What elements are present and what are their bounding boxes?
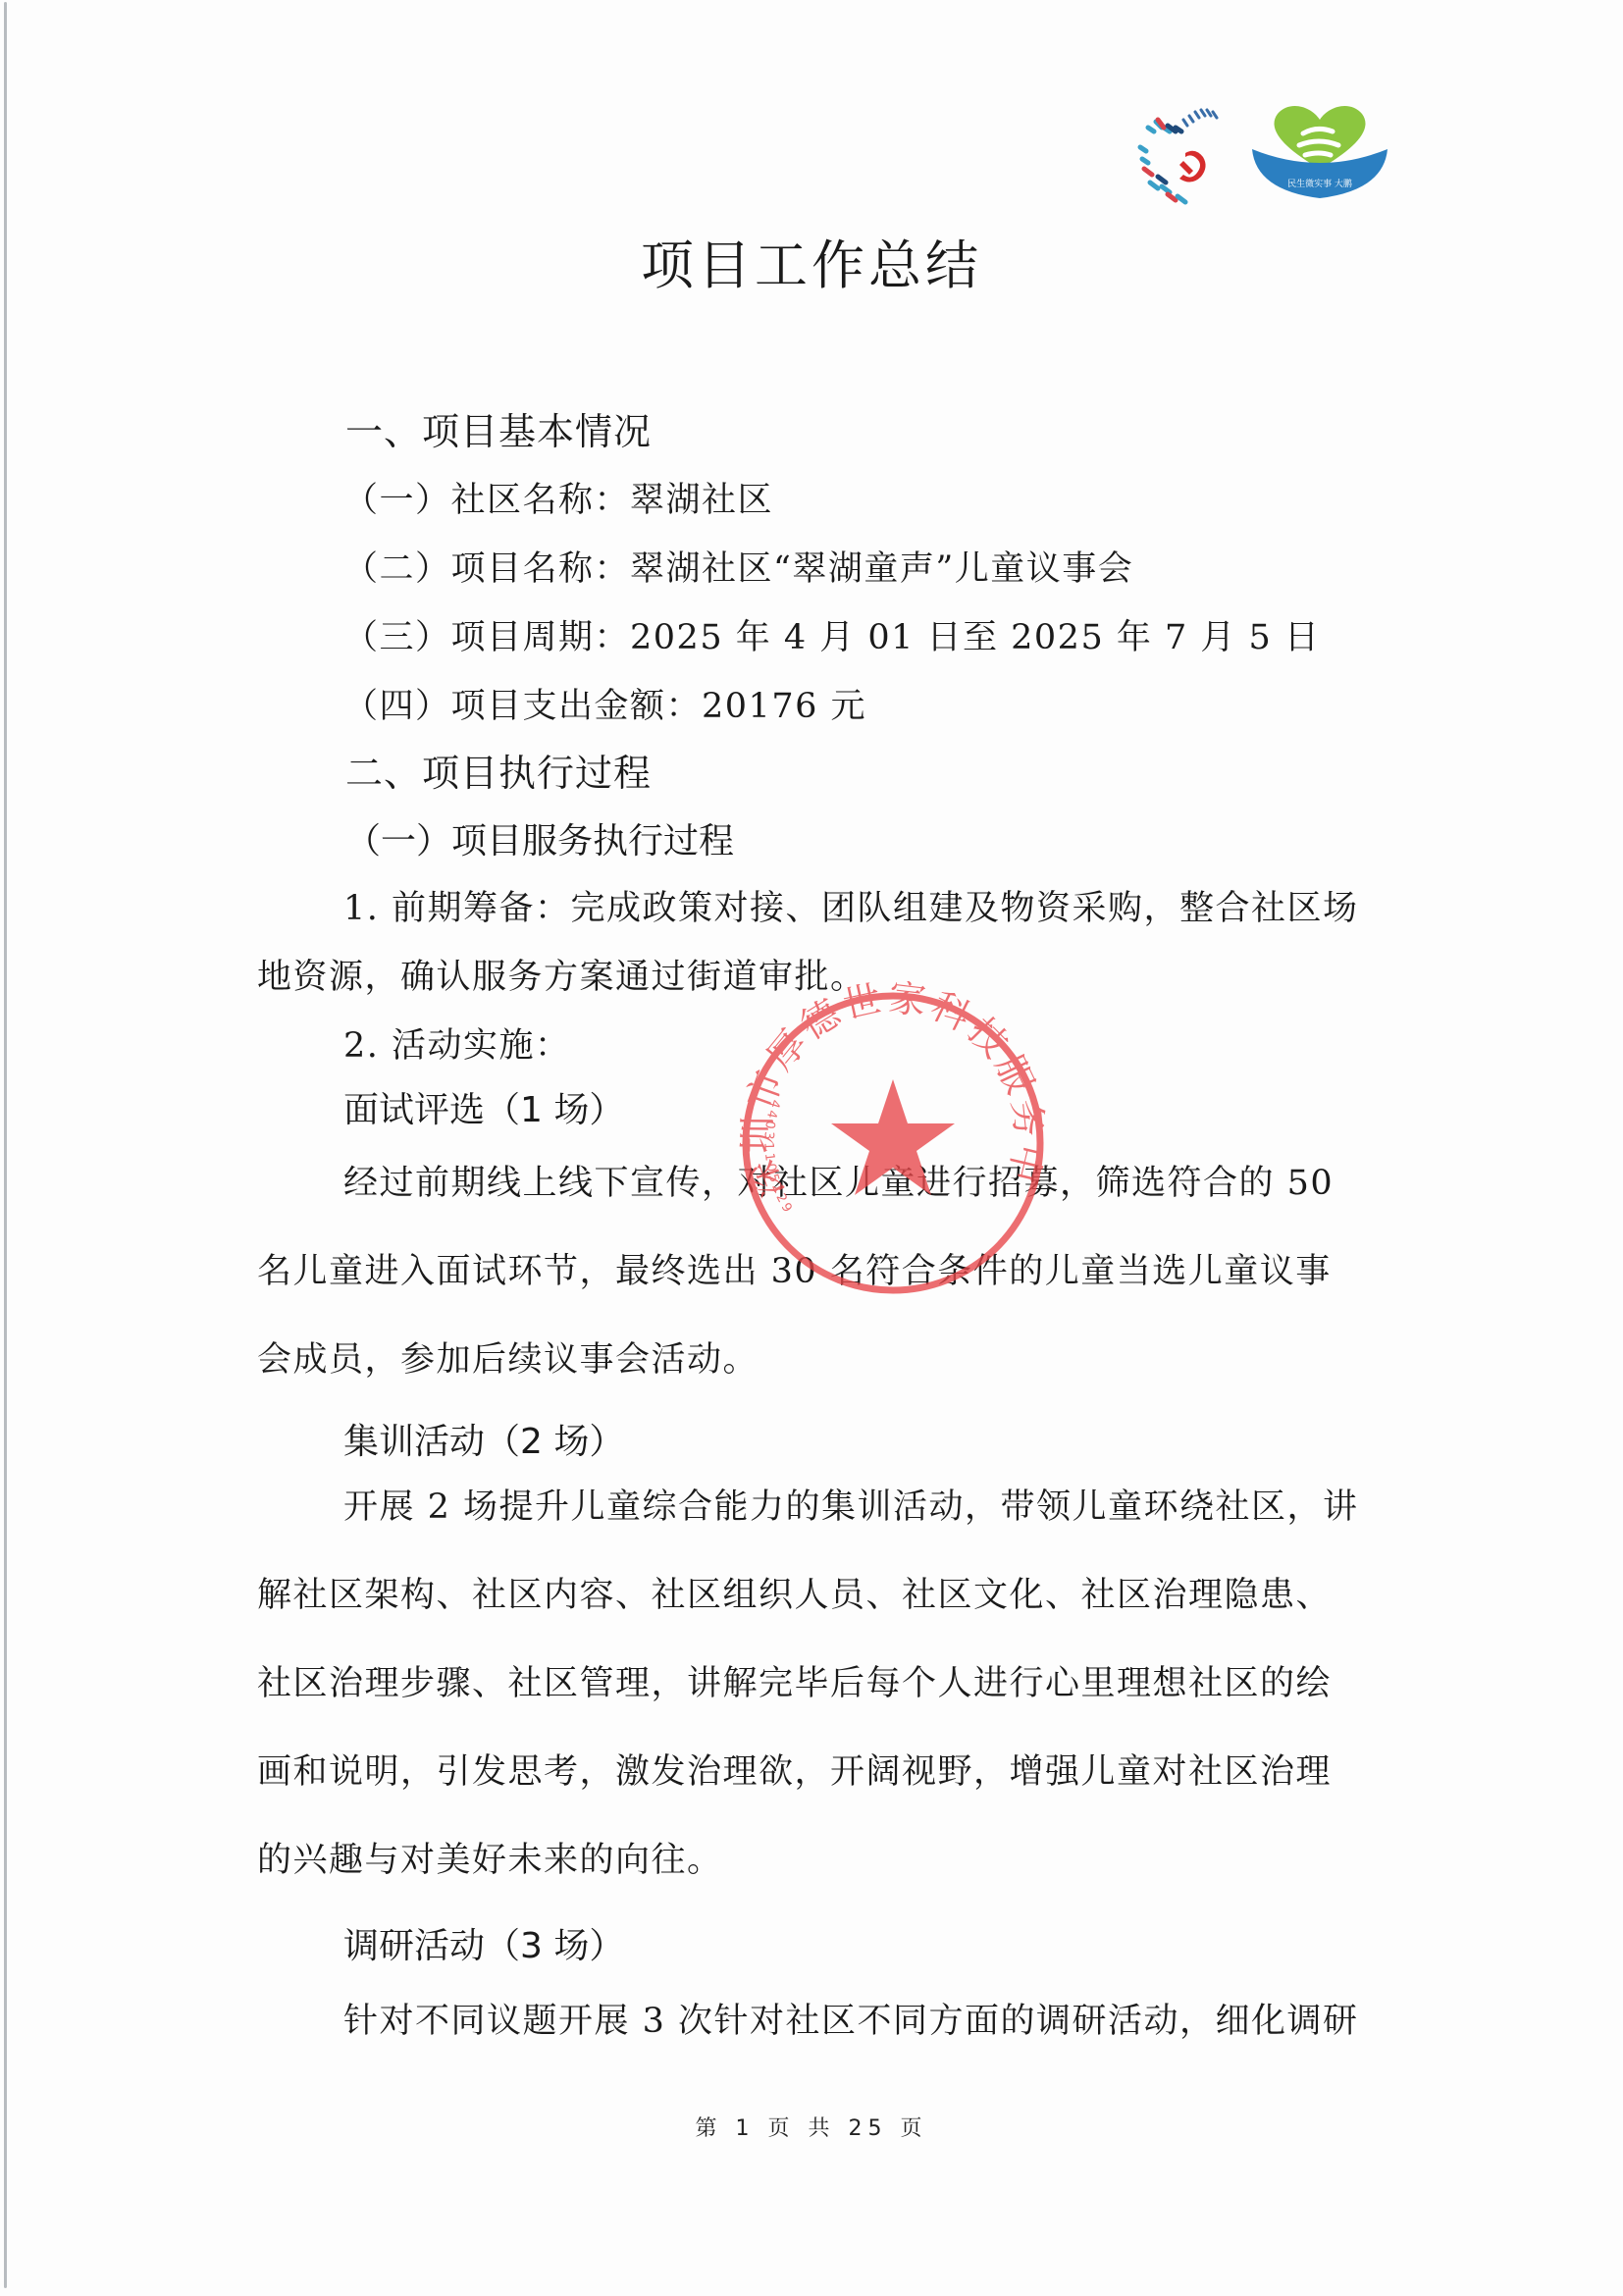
section1-heading: 一、项目基本情况 [345,410,652,453]
paragraph-line: 地资源，确认服务方案通过街道审批。 [257,950,1390,1018]
info-label: （二）项目名称： [343,549,630,589]
info-label: （四）项目支出金额： [343,687,702,726]
section2-subheading: （一）项目服务执行过程 [345,820,734,863]
info-value: 2025 年 4 月 01 日至 2025 年 7 月 5 日 [630,618,1320,657]
activity-title-interview: 面试评选（1 场） [343,1089,624,1132]
activity-paragraph-training: 开展 2 场提升儿童综合能力的集训活动，带领儿童环绕社区，讲 解社区架构、社区内… [257,1480,1390,1921]
prep-paragraph: 1. 前期筹备：完成政策对接、团队组建及物资采购，整合社区场 地资源，确认服务方… [257,881,1390,1018]
section2-heading: 二、项目执行过程 [345,752,652,795]
minsheng-weishishi-logo-icon: 民生微实事 大鹏 [1246,100,1393,206]
info-value: 翠湖社区 [630,481,773,520]
page-title: 项目工作总结 [0,224,1623,299]
paragraph-line: 经过前期线上线下宣传，对社区儿童进行招募，筛选符合的 50 [257,1156,1390,1244]
info-row-project-name: （二）项目名称：翠湖社区“翠湖童声”儿童议事会 [343,548,1133,591]
paragraph-line: 解社区架构、社区内容、社区组织人员、社区文化、社区治理隐患、 [257,1568,1390,1656]
logo-caption: 民生微实事 大鹏 [1287,178,1352,189]
info-row-community: （一）社区名称：翠湖社区 [343,479,773,522]
info-row-project-period: （三）项目周期：2025 年 4 月 01 日至 2025 年 7 月 5 日 [343,616,1320,659]
activity-paragraph-interview: 经过前期线上线下宣传，对社区儿童进行招募，筛选符合的 50 名儿童进入面试环节，… [257,1156,1390,1421]
info-value: 翠湖社区“翠湖童声”儿童议事会 [630,549,1133,589]
party-community-logo-icon [1128,98,1236,206]
activity-title-training: 集训活动（2 场） [343,1421,624,1464]
paragraph-line: 社区治理步骤、社区管理，讲解完毕后每个人进行心里理想社区的绘 [257,1656,1390,1745]
paragraph-line: 会成员，参加后续议事会活动。 [257,1332,1390,1421]
paragraph-line: 针对不同议题开展 3 次针对社区不同方面的调研活动，细化调研 [257,1994,1390,2082]
activity-title-research: 调研活动（3 场） [343,1925,624,1968]
activity-paragraph-research: 针对不同议题开展 3 次针对社区不同方面的调研活动，细化调研 [257,1994,1390,2082]
info-value: 20176 元 [702,687,866,726]
paragraph-line: 1. 前期筹备：完成政策对接、团队组建及物资采购，整合社区场 [257,881,1390,950]
paragraph-line: 开展 2 场提升儿童综合能力的集训活动，带领儿童环绕社区，讲 [257,1480,1390,1568]
paragraph-line: 名儿童进入面试环节，最终选出 30 名符合条件的儿童当选儿童议事 [257,1244,1390,1332]
header-logos: 民生微实事 大鹏 [1128,98,1393,206]
info-row-expense: （四）项目支出金额：20176 元 [343,685,866,728]
info-label: （三）项目周期： [343,618,630,657]
scan-border [4,2,7,2288]
implementation-label: 2. 活动实施： [343,1024,571,1068]
paragraph-line: 的兴趣与对美好未来的向往。 [257,1833,1390,1921]
paragraph-line: 画和说明，引发思考，激发治理欲，开阔视野，增强儿童对社区治理 [257,1745,1390,1833]
page-number: 第 1 页 共 25 页 [0,2112,1623,2142]
info-label: （一）社区名称： [343,481,630,520]
